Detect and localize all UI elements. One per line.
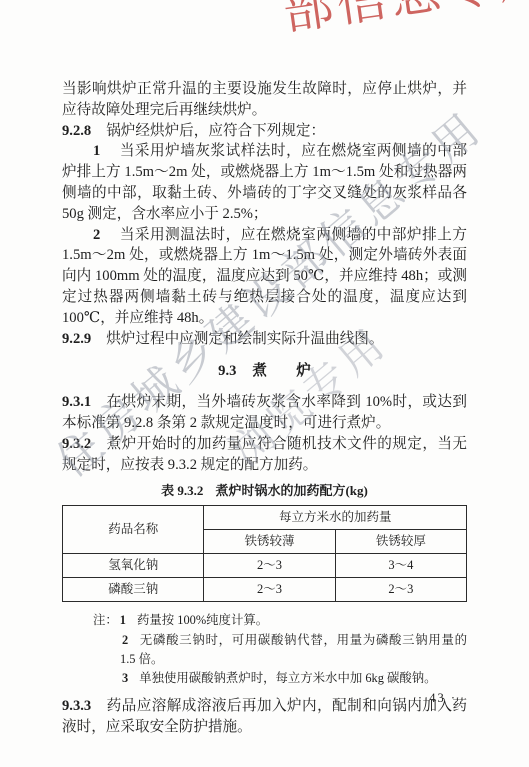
table-header-span: 每立方米水的加药量: [204, 506, 467, 530]
table-cell-value: 3～4: [335, 554, 466, 578]
note-2: 2无磷酸三钠时，可用碳酸钠代替，用量为磷酸三钠用量的 1.5 倍。: [93, 631, 467, 669]
dosing-table: 药品名称 每立方米水的加药量 铁锈较薄 铁锈较厚 氢氧化钠 2～3 3～4 磷酸…: [62, 505, 467, 602]
clause-number: 9.2.8: [62, 123, 106, 139]
clause-9-3-3: 9.3.3药品应溶解成溶液后再加入炉内，配制和向锅内加入药液时，应采取安全防护措…: [62, 696, 467, 738]
note-text: 单独使用碳酸钠煮炉时，每立方米水中加 6kg 碳酸钠。: [139, 671, 436, 685]
list-item-1: 1当采用炉墙灰浆试样法时，应在燃烧室两侧墙的中部炉排上方 1.5m～2m 处，或…: [62, 141, 467, 224]
item-number: 2: [93, 227, 119, 243]
list-item-2: 2当采用测温法时，应在燃烧室两侧墙的中部炉排上方 1.5m～2m 处，或燃烧器上…: [62, 225, 467, 329]
page-body: 当影响烘炉正常升温的主要设施发生故障时，应停止烘炉，并应待故障处理完后再继续烘炉…: [62, 79, 467, 738]
red-stamp-watermark: 部信息专用: [278, 0, 529, 44]
table-cell-value: 2～3: [335, 578, 466, 602]
clause-text: 在烘炉末期，当外墙砖灰浆含水率降到 10%时，或达到本标准第 9.2.8 条第 …: [62, 394, 467, 431]
note-text: 药量按 100%纯度计算。: [137, 613, 268, 627]
section-heading-9-3: 9.3煮 炉: [62, 361, 467, 382]
clause-text: 烘炉过程中应测定和绘制实际升温曲线图。: [106, 331, 383, 347]
clause-text: 锅炉经烘炉后，应符合下列规定：: [106, 123, 325, 139]
page-number: · 43 ·: [418, 691, 457, 706]
table-subheader-thick-rust: 铁锈较厚: [335, 530, 466, 554]
clause-number: 9.3.3: [62, 698, 106, 714]
clause-number: 9.2.9: [62, 331, 106, 347]
table-row: 氢氧化钠 2～3 3～4: [63, 554, 467, 578]
clause-9-3-1: 9.3.1在烘炉末期，当外墙砖灰浆含水率降到 10%时，或达到本标准第 9.2.…: [62, 392, 467, 434]
table-cell-value: 2～3: [204, 578, 335, 602]
clause-text: 药品应溶解成溶液后再加入炉内，配制和向锅内加入药液时，应采取安全防护措施。: [62, 698, 467, 735]
table-caption-text: 煮炉时锅水的加药配方(kg): [215, 483, 367, 498]
table-header-drug-name: 药品名称: [63, 506, 204, 554]
clause-9-2-9: 9.2.9烘炉过程中应测定和绘制实际升温曲线图。: [62, 329, 467, 350]
note-1: 注：1药量按 100%纯度计算。: [93, 611, 467, 630]
table-caption-label: 表 9.3.2: [161, 483, 215, 498]
note-3: 3单独使用碳酸钠煮炉时，每立方米水中加 6kg 碳酸钠。: [93, 669, 467, 688]
clause-9-3-2: 9.3.2煮炉开始时的加药量应符合随机技术文件的规定，当无规定时，应按表 9.3…: [62, 434, 467, 476]
section-title: 煮 炉: [252, 363, 310, 379]
table-notes: 注：1药量按 100%纯度计算。 2无磷酸三钠时，可用碳酸钠代替，用量为磷酸三钠…: [62, 611, 467, 688]
note-number: 1: [118, 613, 137, 627]
paragraph-continuation: 当影响烘炉正常升温的主要设施发生故障时，应停止烘炉，并应待故障处理完后再继续烘炉…: [62, 79, 467, 121]
clause-9-2-8: 9.2.8锅炉经烘炉后，应符合下列规定：: [62, 121, 467, 142]
clause-number: 9.3.2: [62, 436, 106, 452]
table-cell-drug: 氢氧化钠: [63, 554, 204, 578]
clause-text: 煮炉开始时的加药量应符合随机技术文件的规定，当无规定时，应按表 9.3.2 规定…: [62, 436, 467, 473]
table-cell-drug: 磷酸三钠: [63, 578, 204, 602]
table-cell-value: 2～3: [204, 554, 335, 578]
item-text: 当采用测温法时，应在燃烧室两侧墙的中部炉排上方 1.5m～2m 处，或燃烧器上方…: [62, 227, 467, 326]
table-subheader-thin-rust: 铁锈较薄: [204, 530, 335, 554]
table-caption: 表 9.3.2煮炉时锅水的加药配方(kg): [62, 482, 467, 500]
clause-number: 9.3.1: [62, 394, 106, 410]
section-number: 9.3: [218, 363, 252, 379]
document-page: 部信息专用 住房城乡建设部信息专用 浏览专用 当影响烘炉正常升温的主要设施发生故…: [0, 0, 529, 767]
item-text: 当采用炉墙灰浆试样法时，应在燃烧室两侧墙的中部炉排上方 1.5m～2m 处，或燃…: [62, 143, 467, 221]
item-number: 1: [93, 143, 119, 159]
note-number: 3: [120, 671, 139, 685]
note-number: 2: [120, 633, 139, 647]
table-header-row-1: 药品名称 每立方米水的加药量: [63, 506, 467, 530]
note-text: 无磷酸三钠时，可用碳酸钠代替，用量为磷酸三钠用量的 1.5 倍。: [120, 633, 467, 666]
table-row: 磷酸三钠 2～3 2～3: [63, 578, 467, 602]
notes-label: 注：: [93, 613, 118, 627]
